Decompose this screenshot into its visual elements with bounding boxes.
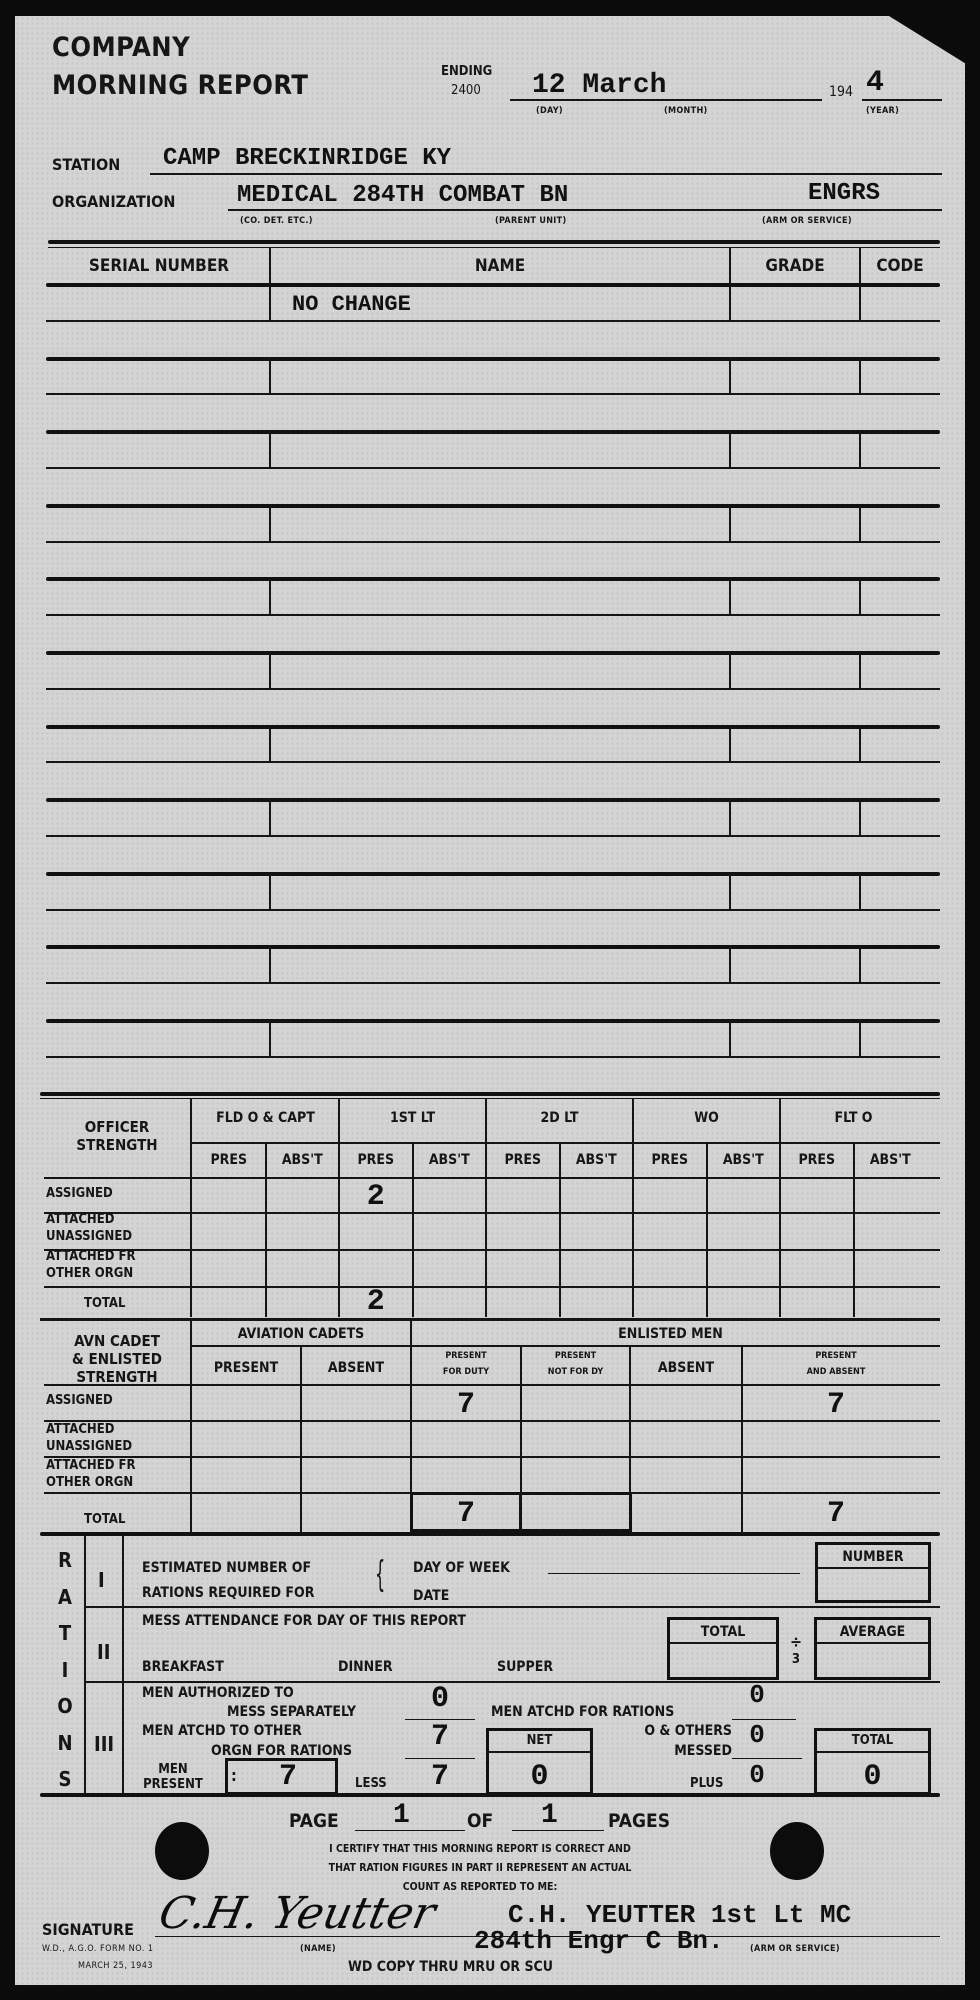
- supper-label: SUPPER: [497, 1659, 553, 1675]
- arm-caption: (ARM OR SERVICE): [762, 216, 852, 226]
- roster-rule: [46, 614, 940, 616]
- men-present-label: MEN PRESENT: [128, 1762, 218, 1792]
- part3-numeral: III: [94, 1732, 114, 1756]
- roster-column-divider: [269, 726, 271, 763]
- officer-row-label: ASSIGNED: [46, 1185, 113, 1202]
- enlisted-cell: 7: [742, 1385, 930, 1425]
- officer-title-line2: STRENGTH: [44, 1136, 190, 1154]
- enlisted-header-divider: [191, 1345, 940, 1347]
- organization-underline: [228, 209, 942, 211]
- col-grade: GRADE: [730, 256, 860, 276]
- ration-total-header: TOTAL: [814, 1733, 931, 1748]
- rations-letter: O: [48, 1694, 82, 1718]
- officer-cell: 2: [339, 1178, 413, 1217]
- col-serial-number: SERIAL NUMBER: [48, 256, 270, 276]
- pages-value: 1: [541, 1800, 558, 1831]
- pa-header-line2: AND ABSENT: [742, 1367, 930, 1377]
- roster-column-divider: [269, 946, 271, 983]
- roster-column-divider: [729, 726, 731, 763]
- officer-row-divider: [44, 1212, 940, 1214]
- roster-column-divider: [729, 1020, 731, 1057]
- signature-label: SIGNATURE: [42, 1920, 134, 1939]
- roster-column-divider: [859, 358, 861, 395]
- roster-column-divider: [859, 578, 861, 615]
- officer-group-header: 1ST LT: [339, 1110, 486, 1126]
- men-present-value: 7: [268, 1760, 308, 1794]
- officer-group-header: FLD O & CAPT: [192, 1110, 339, 1126]
- part1-numeral: I: [98, 1568, 105, 1592]
- roster-column-divider: [729, 284, 731, 321]
- divide-icon: ÷: [781, 1632, 811, 1651]
- officer-group-header: WO: [633, 1110, 780, 1126]
- arm-service-value: ENGRS: [808, 180, 880, 207]
- page-underline: [355, 1830, 465, 1831]
- number-box-divider: [818, 1567, 928, 1569]
- roster-header-divider: [859, 248, 861, 284]
- rations-part-divider: [84, 1681, 940, 1683]
- officer-row-divider: [44, 1286, 940, 1288]
- others-value: 0: [737, 1720, 777, 1750]
- rations-letter: N: [48, 1731, 82, 1755]
- officer-sub-abst: ABS'T: [560, 1152, 634, 1168]
- day-caption: (DAY): [536, 106, 563, 116]
- roster-rule: [46, 761, 940, 763]
- officer-row-label: TOTAL: [84, 1295, 125, 1312]
- rations-letter: S: [48, 1767, 82, 1791]
- atchd-rations-label: MEN ATCHD FOR RATIONS: [491, 1704, 674, 1720]
- dinner-label: DINNER: [338, 1659, 393, 1675]
- ration-total-divider: [817, 1751, 928, 1753]
- rations-divider-right: [122, 1536, 124, 1796]
- officer-sub-abst: ABS'T: [854, 1152, 928, 1168]
- mess-total-header: TOTAL: [667, 1624, 779, 1640]
- roster-rule: [46, 541, 940, 543]
- roster-column-divider: [859, 652, 861, 689]
- roster-top-border: [48, 240, 940, 244]
- roster-column-divider: [729, 652, 731, 689]
- enlisted-row-label: OTHER ORGN: [46, 1474, 133, 1491]
- date-label: DATE: [413, 1588, 449, 1604]
- roster-first-entry: NO CHANGE: [292, 292, 411, 317]
- enlisted-row-divider: [44, 1456, 940, 1458]
- enlisted-top-border: [40, 1318, 940, 1321]
- roster-column-divider: [729, 358, 731, 395]
- report-date: 12 March: [532, 70, 666, 101]
- officer-column-divider: [485, 1099, 487, 1317]
- officer-column-divider: [559, 1143, 561, 1317]
- punch-hole-right: [770, 1822, 824, 1880]
- enlisted-cell: 7: [411, 1494, 521, 1534]
- less-value: 7: [420, 1760, 460, 1794]
- station-value: CAMP BRECKINRIDGE KY: [163, 145, 451, 172]
- of-label: OF: [467, 1810, 493, 1832]
- colon-mark: :: [231, 1766, 237, 1785]
- roster-rule: [46, 835, 940, 837]
- officer-title-line1: OFFICER: [44, 1118, 190, 1136]
- officer-column-divider: [632, 1099, 634, 1317]
- average-header: AVERAGE: [814, 1624, 931, 1640]
- roster-rule: [46, 320, 940, 322]
- atchd-other-line1: MEN ATCHD TO OTHER: [142, 1723, 302, 1739]
- officer-column-divider: [190, 1099, 192, 1317]
- enlisted-row-label: TOTAL: [84, 1511, 125, 1528]
- net-value: 0: [486, 1760, 593, 1794]
- roster-column-divider: [859, 505, 861, 542]
- station-label: STATION: [52, 155, 120, 174]
- enlisted-strength-title: AVN CADET & ENLISTED STRENGTH: [44, 1332, 190, 1386]
- men-present-line1: MEN: [128, 1762, 218, 1777]
- officer-group-header: FLT O: [780, 1110, 927, 1126]
- officer-strength-title: OFFICER STRENGTH: [44, 1118, 190, 1154]
- roster-rule: [46, 467, 940, 469]
- roster-header-divider: [729, 248, 731, 284]
- ending-time: 2400: [451, 83, 481, 98]
- auth-line1: MEN AUTHORIZED TO: [142, 1685, 294, 1701]
- others-line2: MESSED: [622, 1743, 732, 1759]
- name-caption: (NAME): [300, 1944, 336, 1954]
- atchd-other-line2: ORGN FOR RATIONS: [211, 1743, 352, 1759]
- day-of-week-field[interactable]: [548, 1573, 800, 1574]
- roster-column-divider: [729, 873, 731, 910]
- roster-column-divider: [269, 358, 271, 395]
- officer-column-divider: [779, 1099, 781, 1317]
- mess-total-divider: [670, 1642, 776, 1644]
- pfd-header-line1: PRESENT: [411, 1351, 521, 1361]
- page-label: PAGE: [289, 1810, 339, 1832]
- pages-label: PAGES: [608, 1810, 670, 1832]
- roster-column-divider: [729, 799, 731, 836]
- cadet-absent-header: ABSENT: [301, 1360, 411, 1376]
- enlisted-cell: 7: [742, 1494, 930, 1534]
- roster-rule: [46, 798, 940, 802]
- officer-row-label: OTHER ORGN: [46, 1265, 133, 1282]
- auth-value: 0: [420, 1682, 460, 1716]
- atchd-rations-value: 0: [737, 1680, 777, 1710]
- less-label: LESS: [355, 1776, 387, 1791]
- pnfd-header-line1: PRESENT: [521, 1351, 630, 1361]
- others-line1: O & OTHERS: [622, 1723, 732, 1739]
- officer-column-divider: [265, 1143, 267, 1317]
- enlisted-men-header: ENLISTED MEN: [411, 1326, 930, 1342]
- officer-sub-pres: PRES: [486, 1152, 560, 1168]
- officer-row-label: ATTACHED: [46, 1211, 114, 1228]
- roster-column-divider: [729, 578, 731, 615]
- roster-column-divider: [859, 726, 861, 763]
- officer-top-border-inner: [40, 1098, 940, 1099]
- officer-header-divider: [192, 1142, 940, 1144]
- men-present-line2: PRESENT: [128, 1777, 218, 1792]
- organization-value: MEDICAL 284TH COMBAT BN: [237, 182, 568, 209]
- plus-value: 0: [737, 1760, 777, 1790]
- roster-column-divider: [729, 431, 731, 468]
- roster-column-divider: [269, 652, 271, 689]
- form-number: W.D., A.G.O. FORM NO. 1: [42, 1944, 154, 1954]
- cadet-present-header: PRESENT: [191, 1360, 301, 1376]
- roster-rule: [46, 393, 940, 395]
- roster-column-divider: [269, 799, 271, 836]
- plus-label: PLUS: [690, 1776, 723, 1791]
- roster-rule: [46, 1019, 940, 1023]
- enlisted-row-label: ATTACHED FR: [46, 1457, 135, 1474]
- station-underline: [150, 173, 942, 175]
- roster-rule: [46, 651, 940, 655]
- roster-rule: [46, 577, 940, 581]
- rations-letter: A: [48, 1585, 82, 1609]
- part1-text-line2: RATIONS REQUIRED FOR: [142, 1585, 314, 1601]
- pa-header-line1: PRESENT: [742, 1351, 930, 1361]
- year-prefix: 194: [829, 84, 853, 100]
- officer-top-border: [40, 1092, 940, 1096]
- officer-column-divider: [853, 1143, 855, 1317]
- roster-rule: [46, 430, 940, 434]
- roster-rule: [46, 872, 940, 876]
- roster-column-divider: [269, 431, 271, 468]
- day-of-week-label: DAY OF WEEK: [413, 1560, 510, 1576]
- year-digit: 4: [866, 66, 884, 100]
- roster-rule: [46, 504, 940, 508]
- net-header: NET: [486, 1733, 593, 1748]
- enlisted-title-line2: & ENLISTED: [44, 1350, 190, 1368]
- roster-rule: [46, 725, 940, 729]
- officer-sub-pres: PRES: [339, 1152, 413, 1168]
- roster-rule: [46, 283, 940, 287]
- net-divider: [489, 1751, 590, 1753]
- roster-column-divider: [729, 505, 731, 542]
- officer-row-label: UNASSIGNED: [46, 1228, 132, 1245]
- enlisted-row-label: ASSIGNED: [46, 1392, 113, 1409]
- rations-letter: T: [48, 1621, 82, 1645]
- others-underline: [732, 1758, 802, 1759]
- co-det-caption: (CO. DET. ETC.): [240, 216, 313, 226]
- month-caption: (MONTH): [664, 106, 708, 116]
- enlisted-cell: 7: [411, 1385, 521, 1425]
- brace-icon: {: [375, 1554, 385, 1595]
- copy-note: WD COPY THRU MRU OR SCU: [348, 1959, 553, 1975]
- average-divider: [817, 1642, 928, 1644]
- breakfast-label: BREAKFAST: [142, 1659, 224, 1675]
- roster-rule: [46, 909, 940, 911]
- roster-column-divider: [859, 1020, 861, 1057]
- number-header: NUMBER: [815, 1549, 931, 1565]
- roster-column-divider: [269, 1020, 271, 1057]
- roster-top-border-inner: [48, 247, 940, 248]
- rations-part-divider: [84, 1606, 940, 1608]
- roster-rule: [46, 982, 940, 984]
- officer-group-header: 2D LT: [486, 1110, 633, 1126]
- roster-column-divider: [729, 946, 731, 983]
- officer-sub-abst: ABS'T: [413, 1152, 487, 1168]
- roster-column-divider: [859, 431, 861, 468]
- organization-label: ORGANIZATION: [52, 192, 175, 211]
- atchd-other-value: 7: [420, 1720, 460, 1754]
- roster-column-divider: [269, 873, 271, 910]
- roster-column-divider: [859, 946, 861, 983]
- rations-divider-left: [84, 1536, 86, 1796]
- roster-column-divider: [269, 284, 271, 321]
- roster-column-divider: [269, 578, 271, 615]
- ending-label: ENDING: [441, 64, 492, 79]
- roster-column-divider: [859, 873, 861, 910]
- roster-rule: [46, 357, 940, 361]
- officer-column-divider: [706, 1143, 708, 1317]
- arm-service-caption: (ARM OR SERVICE): [750, 1944, 840, 1954]
- part2-numeral: II: [97, 1640, 110, 1664]
- aviation-cadets-header: AVIATION CADETS: [191, 1326, 411, 1342]
- year-caption: (YEAR): [866, 106, 899, 116]
- enlisted-row-label: UNASSIGNED: [46, 1438, 132, 1455]
- officer-row-label: ATTACHED FR: [46, 1248, 135, 1265]
- officer-sub-abst: ABS'T: [707, 1152, 781, 1168]
- handwritten-signature: C.H. Yeutter: [155, 1888, 440, 1939]
- officer-row-divider: [44, 1249, 940, 1251]
- form-title-line1: COMPANY: [52, 32, 190, 63]
- officer-sub-pres: PRES: [192, 1152, 266, 1168]
- pfd-header-line2: FOR DUTY: [411, 1367, 521, 1377]
- date-underline: [510, 99, 822, 101]
- punch-hole-left: [155, 1822, 209, 1880]
- col-name: NAME: [270, 256, 730, 276]
- form-date: MARCH 25, 1943: [78, 1961, 153, 1971]
- certify-line2: THAT RATION FIGURES IN PART II REPRESENT…: [240, 1859, 720, 1878]
- officer-sub-abst: ABS'T: [266, 1152, 340, 1168]
- roster-header-divider: [269, 248, 271, 284]
- typed-unit: 284th Engr C Bn.: [474, 1926, 724, 1956]
- roster-rule: [46, 688, 940, 690]
- rations-letter: I: [48, 1658, 82, 1682]
- enlisted-title-line1: AVN CADET: [44, 1332, 190, 1350]
- officer-cell: 2: [339, 1285, 413, 1319]
- officer-sub-pres: PRES: [780, 1152, 854, 1168]
- divide-by-value: 3: [781, 1652, 811, 1667]
- roster-column-divider: [859, 284, 861, 321]
- certify-line1: I CERTIFY THAT THIS MORNING REPORT IS CO…: [240, 1840, 720, 1859]
- col-code: CODE: [860, 256, 940, 276]
- em-absent-header: ABSENT: [630, 1360, 742, 1376]
- roster-column-divider: [269, 505, 271, 542]
- roster-column-divider: [859, 799, 861, 836]
- page-value: 1: [393, 1800, 410, 1831]
- pages-underline: [512, 1830, 604, 1831]
- part1-text-line1: ESTIMATED NUMBER OF: [142, 1560, 311, 1576]
- ration-total-value: 0: [814, 1760, 931, 1794]
- enlisted-column-divider: [190, 1320, 192, 1533]
- roster-rule: [46, 1056, 940, 1058]
- form-title-line2: MORNING REPORT: [52, 70, 308, 101]
- atchd-other-underline: [405, 1758, 475, 1759]
- rations-letter: R: [48, 1548, 82, 1572]
- enlisted-row-label: ATTACHED: [46, 1421, 114, 1438]
- mess-attendance-title: MESS ATTENDANCE FOR DAY OF THIS REPORT: [142, 1613, 466, 1629]
- year-underline: [862, 99, 942, 101]
- officer-sub-pres: PRES: [633, 1152, 707, 1168]
- officer-row-divider: [44, 1177, 940, 1179]
- auth-line2: MESS SEPARATELY: [227, 1704, 356, 1720]
- roster-rule: [46, 945, 940, 949]
- pnfd-header-line2: NOT FOR DY: [521, 1367, 630, 1377]
- parent-unit-caption: (PARENT UNIT): [495, 216, 566, 226]
